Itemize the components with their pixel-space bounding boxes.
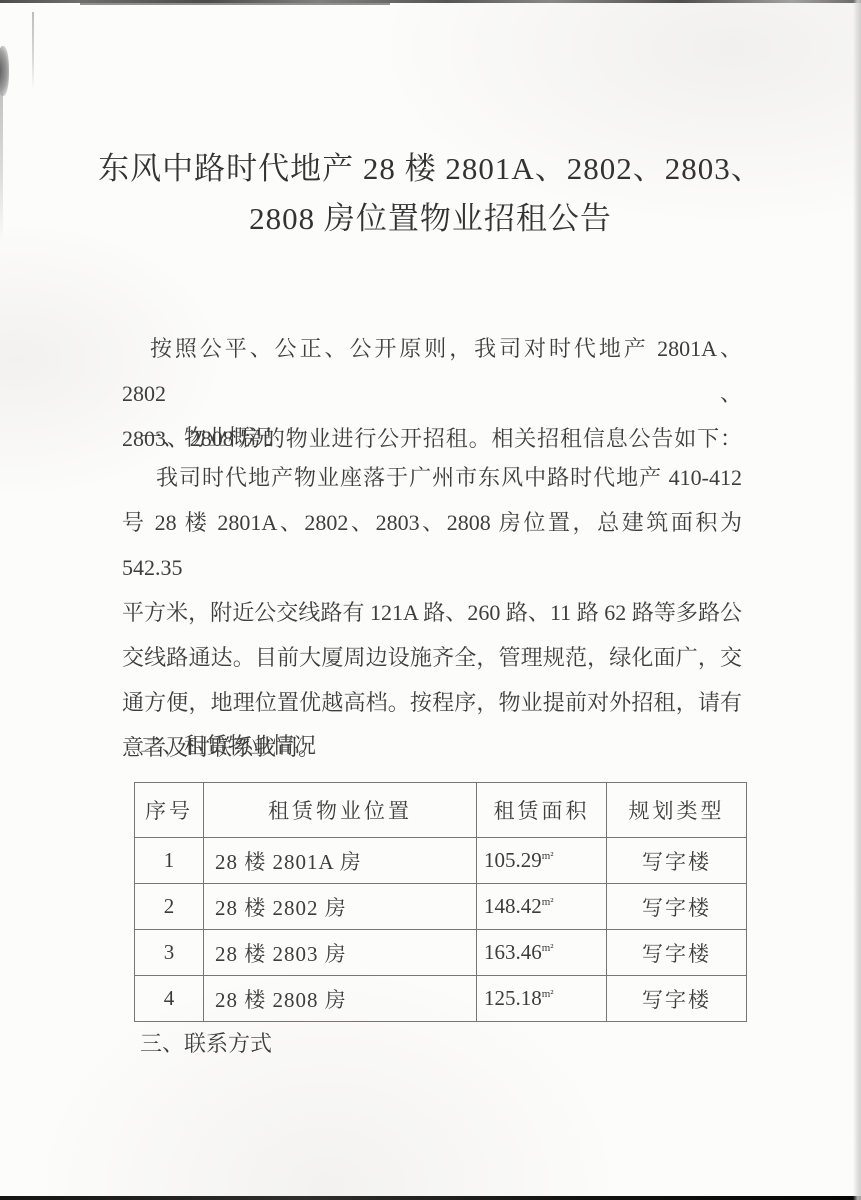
cell-area: 148.42m² xyxy=(477,884,607,930)
section-1-line-5: 通方便，地理位置优越高档。按程序，物业提前对外招租，请有 xyxy=(122,680,742,725)
cell-type: 写字楼 xyxy=(607,838,747,884)
scan-artifact-left-streak xyxy=(0,92,3,242)
cell-location: 28 楼 2802 房 xyxy=(204,884,477,930)
area-value: 148.42 xyxy=(484,894,542,918)
section-1-line-4: 交线路通达。目前大厦周边设施齐全，管理规范，绿化面广，交 xyxy=(122,635,742,680)
table-row: 3 28 楼 2803 房 163.46m² 写字楼 xyxy=(135,930,747,976)
rental-properties-table: 序号 租赁物业位置 租赁面积 规划类型 1 28 楼 2801A 房 105.2… xyxy=(134,782,747,1022)
table-row: 1 28 楼 2801A 房 105.29m² 写字楼 xyxy=(135,838,747,884)
section-2-heading: 二、租赁物业情况 xyxy=(122,723,742,768)
area-value: 163.46 xyxy=(484,940,542,964)
cell-no: 1 xyxy=(135,838,204,884)
table-row: 2 28 楼 2802 房 148.42m² 写字楼 xyxy=(135,884,747,930)
area-unit: m² xyxy=(542,850,554,862)
scan-artifact-left-blob xyxy=(0,46,9,96)
cell-area: 105.29m² xyxy=(477,838,607,884)
document-title: 东风中路时代地产 28 楼 2801A、2802、2803、 2808 房位置物… xyxy=(40,144,821,244)
area-unit: m² xyxy=(542,896,554,908)
area-value: 125.18 xyxy=(484,986,542,1010)
scan-artifact-top-edge xyxy=(0,0,861,3)
header-cell-type: 规划类型 xyxy=(607,783,747,838)
section-1-line-1: 我司时代地产物业座落于广州市东风中路时代地产 410-412 xyxy=(122,455,742,500)
cell-type: 写字楼 xyxy=(607,976,747,1022)
cell-area: 125.18m² xyxy=(477,976,607,1022)
document-title-line-1: 东风中路时代地产 28 楼 2801A、2802、2803、 xyxy=(40,144,821,194)
scan-artifact-bottom-edge xyxy=(0,1196,861,1200)
intro-line-1: 按照公平、公正、公开原则，我司对时代地产 2801A、2802、 xyxy=(122,326,742,416)
cell-location: 28 楼 2808 房 xyxy=(204,976,477,1022)
area-value: 105.29 xyxy=(484,848,542,872)
header-cell-area: 租赁面积 xyxy=(477,783,607,838)
cell-area: 163.46m² xyxy=(477,930,607,976)
area-unit: m² xyxy=(542,942,554,954)
scanned-document-page: 东风中路时代地产 28 楼 2801A、2802、2803、 2808 房位置物… xyxy=(0,0,861,1200)
cell-type: 写字楼 xyxy=(607,930,747,976)
cell-location: 28 楼 2801A 房 xyxy=(204,838,477,884)
cell-no: 2 xyxy=(135,884,204,930)
section-1-line-2: 号 28 楼 2801A、2802、2803、2808 房位置，总建筑面积为 5… xyxy=(122,500,742,590)
scan-artifact-top-edge-2 xyxy=(80,3,390,5)
header-cell-location: 租赁物业位置 xyxy=(204,783,477,838)
section-1-line-3: 平方米，附近公交线路有 121A 路、260 路、11 路 62 路等多路公 xyxy=(122,590,742,635)
document-title-line-2: 2808 房位置物业招租公告 xyxy=(40,194,821,244)
table-header-row: 序号 租赁物业位置 租赁面积 规划类型 xyxy=(135,783,747,838)
section-1-heading: 一、物业概况 xyxy=(122,415,742,460)
cell-no: 3 xyxy=(135,930,204,976)
section-3-heading: 三、联系方式 xyxy=(122,1021,742,1066)
scan-artifact-right-band xyxy=(853,0,861,1200)
table-row: 4 28 楼 2808 房 125.18m² 写字楼 xyxy=(135,976,747,1022)
cell-no: 4 xyxy=(135,976,204,1022)
header-cell-no: 序号 xyxy=(135,783,204,838)
cell-location: 28 楼 2803 房 xyxy=(204,930,477,976)
scan-artifact-inner-streak xyxy=(32,12,34,90)
cell-type: 写字楼 xyxy=(607,884,747,930)
area-unit: m² xyxy=(542,988,554,1000)
